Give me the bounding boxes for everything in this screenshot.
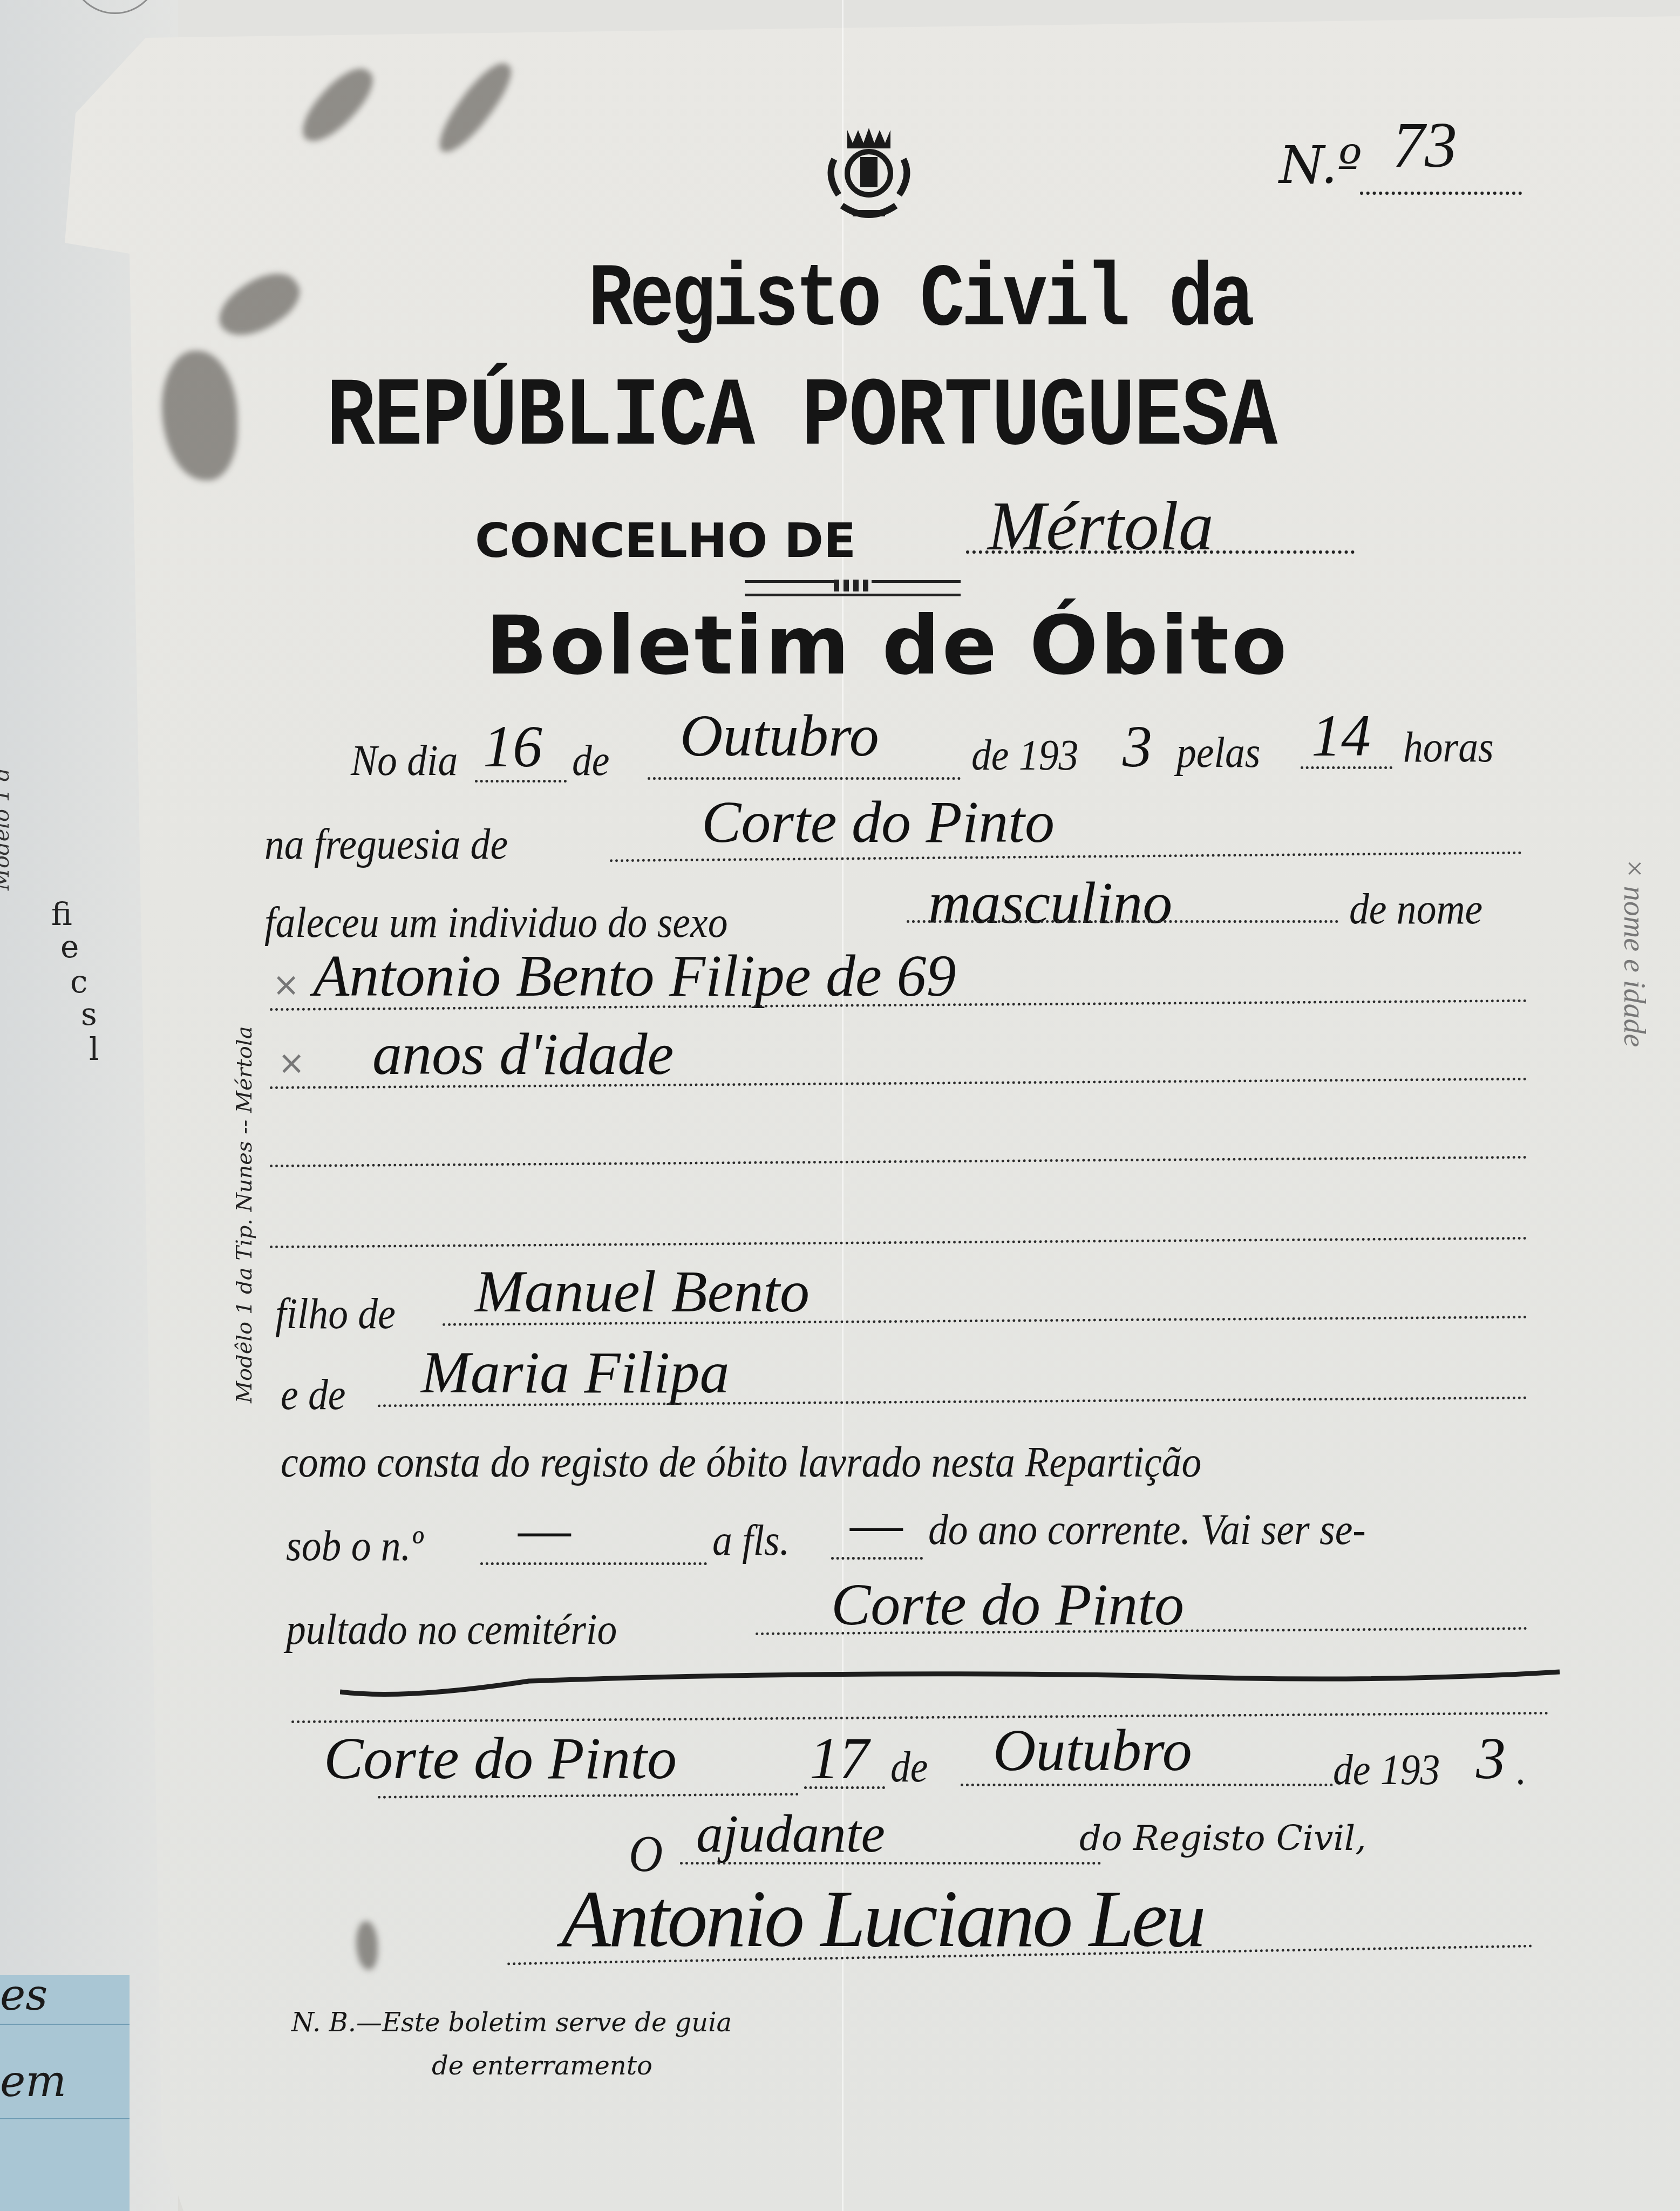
label-filho-de: filho de	[275, 1290, 396, 1339]
label-como-consta: como consta do registo de óbito lavrado …	[281, 1438, 1201, 1487]
blue-form-word: em	[0, 2056, 66, 2106]
label-de-nome: de nome	[1349, 885, 1482, 934]
x-mark: ×	[278, 1044, 305, 1082]
portuguese-coat-of-arms-icon	[815, 121, 923, 224]
fls-underline	[831, 1557, 923, 1560]
signing-day-underline	[804, 1786, 885, 1789]
death-hour: 14	[1311, 702, 1371, 770]
death-day: 16	[483, 712, 542, 781]
number-value: 73	[1392, 108, 1457, 182]
label-a-fls: a fls.	[712, 1516, 790, 1566]
underlying-letter: fi	[51, 896, 72, 933]
label-e-de: e de	[281, 1371, 346, 1420]
blue-form-word: es	[0, 1970, 47, 2020]
underlying-letter: c	[70, 963, 87, 1000]
document-title: Boletim de Óbito	[486, 599, 1289, 693]
deceased-name: Antonio Bento Filipe de 69	[313, 942, 956, 1010]
sex-value: masculino	[928, 869, 1172, 937]
registo-number-underline	[480, 1562, 707, 1565]
header-republica-portuguesa: REPÚBLICA PORTUGUESA	[327, 363, 1276, 473]
margin-note: × nome e idade	[1617, 858, 1651, 1047]
underlying-letter: s	[81, 996, 97, 1032]
label-no-dia: No dia	[351, 737, 458, 786]
role-underline	[680, 1862, 1101, 1865]
label-ano-corrente: do ano corrente. Vai ser se-	[928, 1506, 1366, 1555]
signing-month-underline	[961, 1784, 1333, 1786]
signing-month: Outubro	[993, 1716, 1192, 1785]
ornamental-divider	[745, 580, 961, 596]
underlying-blue-form: es em	[0, 1975, 130, 2211]
label-de: de	[572, 737, 609, 786]
x-mark: ×	[273, 966, 300, 1004]
signing-year-digit: 3	[1476, 1724, 1506, 1793]
label-de-193: de 193	[1333, 1746, 1440, 1795]
official-role: ajudante	[696, 1802, 885, 1865]
cemetery-value: Corte do Pinto	[831, 1570, 1184, 1639]
label-sob-o-n: sob o n.º	[286, 1522, 423, 1571]
footnote-line1: N. B.—Este boletim serve de guia	[291, 2008, 732, 2038]
fls-value: —	[850, 1489, 903, 1558]
concelho-value: Mértola	[988, 486, 1214, 567]
underlying-letter: l	[89, 1031, 99, 1067]
label-registo-civil: do Registo Civil,	[1079, 1819, 1366, 1859]
footnote-line2: de enterramento	[432, 2051, 652, 2081]
number-underline	[1360, 192, 1522, 195]
deceased-age: anos d'idade	[372, 1020, 674, 1089]
mother-name: Maria Filipa	[421, 1338, 729, 1407]
label-de: de	[890, 1743, 928, 1792]
father-name: Manuel Bento	[475, 1257, 810, 1326]
concelho-underline	[966, 550, 1355, 554]
month-underline	[648, 777, 961, 780]
header-registo-civil: Registo Civil da	[588, 250, 1252, 351]
sex-underline	[907, 920, 1338, 923]
label-horas: horas	[1403, 723, 1494, 772]
label-freguesia: na freguesia de	[264, 820, 508, 869]
signing-day: 17	[810, 1724, 869, 1793]
label-cemiterio: pultado no cemitério	[286, 1605, 617, 1655]
period: .	[1516, 1746, 1526, 1795]
printer-mark: Modêlo 1 da Tip. Nunes -- Mértola	[232, 1026, 257, 1403]
label-faleceu: faleceu um individuo do sexo	[264, 899, 727, 948]
signing-place: Corte do Pinto	[324, 1724, 677, 1793]
death-year-digit: 3	[1123, 712, 1152, 781]
closing-pen-stroke	[340, 1662, 1565, 1700]
death-month: Outubro	[680, 702, 879, 770]
registo-number: —	[518, 1495, 571, 1563]
day-underline	[475, 780, 567, 783]
number-label: N.º	[1279, 135, 1362, 195]
underlying-printer-mark: Modêlo 1 d	[0, 767, 14, 890]
freguesia-value: Corte do Pinto	[702, 788, 1055, 856]
concelho-label: CONCELHO DE	[475, 513, 856, 568]
label-pelas: pelas	[1176, 729, 1260, 778]
label-de-193: de 193	[971, 731, 1078, 780]
underlying-letter: e	[60, 928, 79, 965]
hour-underline	[1301, 766, 1392, 769]
